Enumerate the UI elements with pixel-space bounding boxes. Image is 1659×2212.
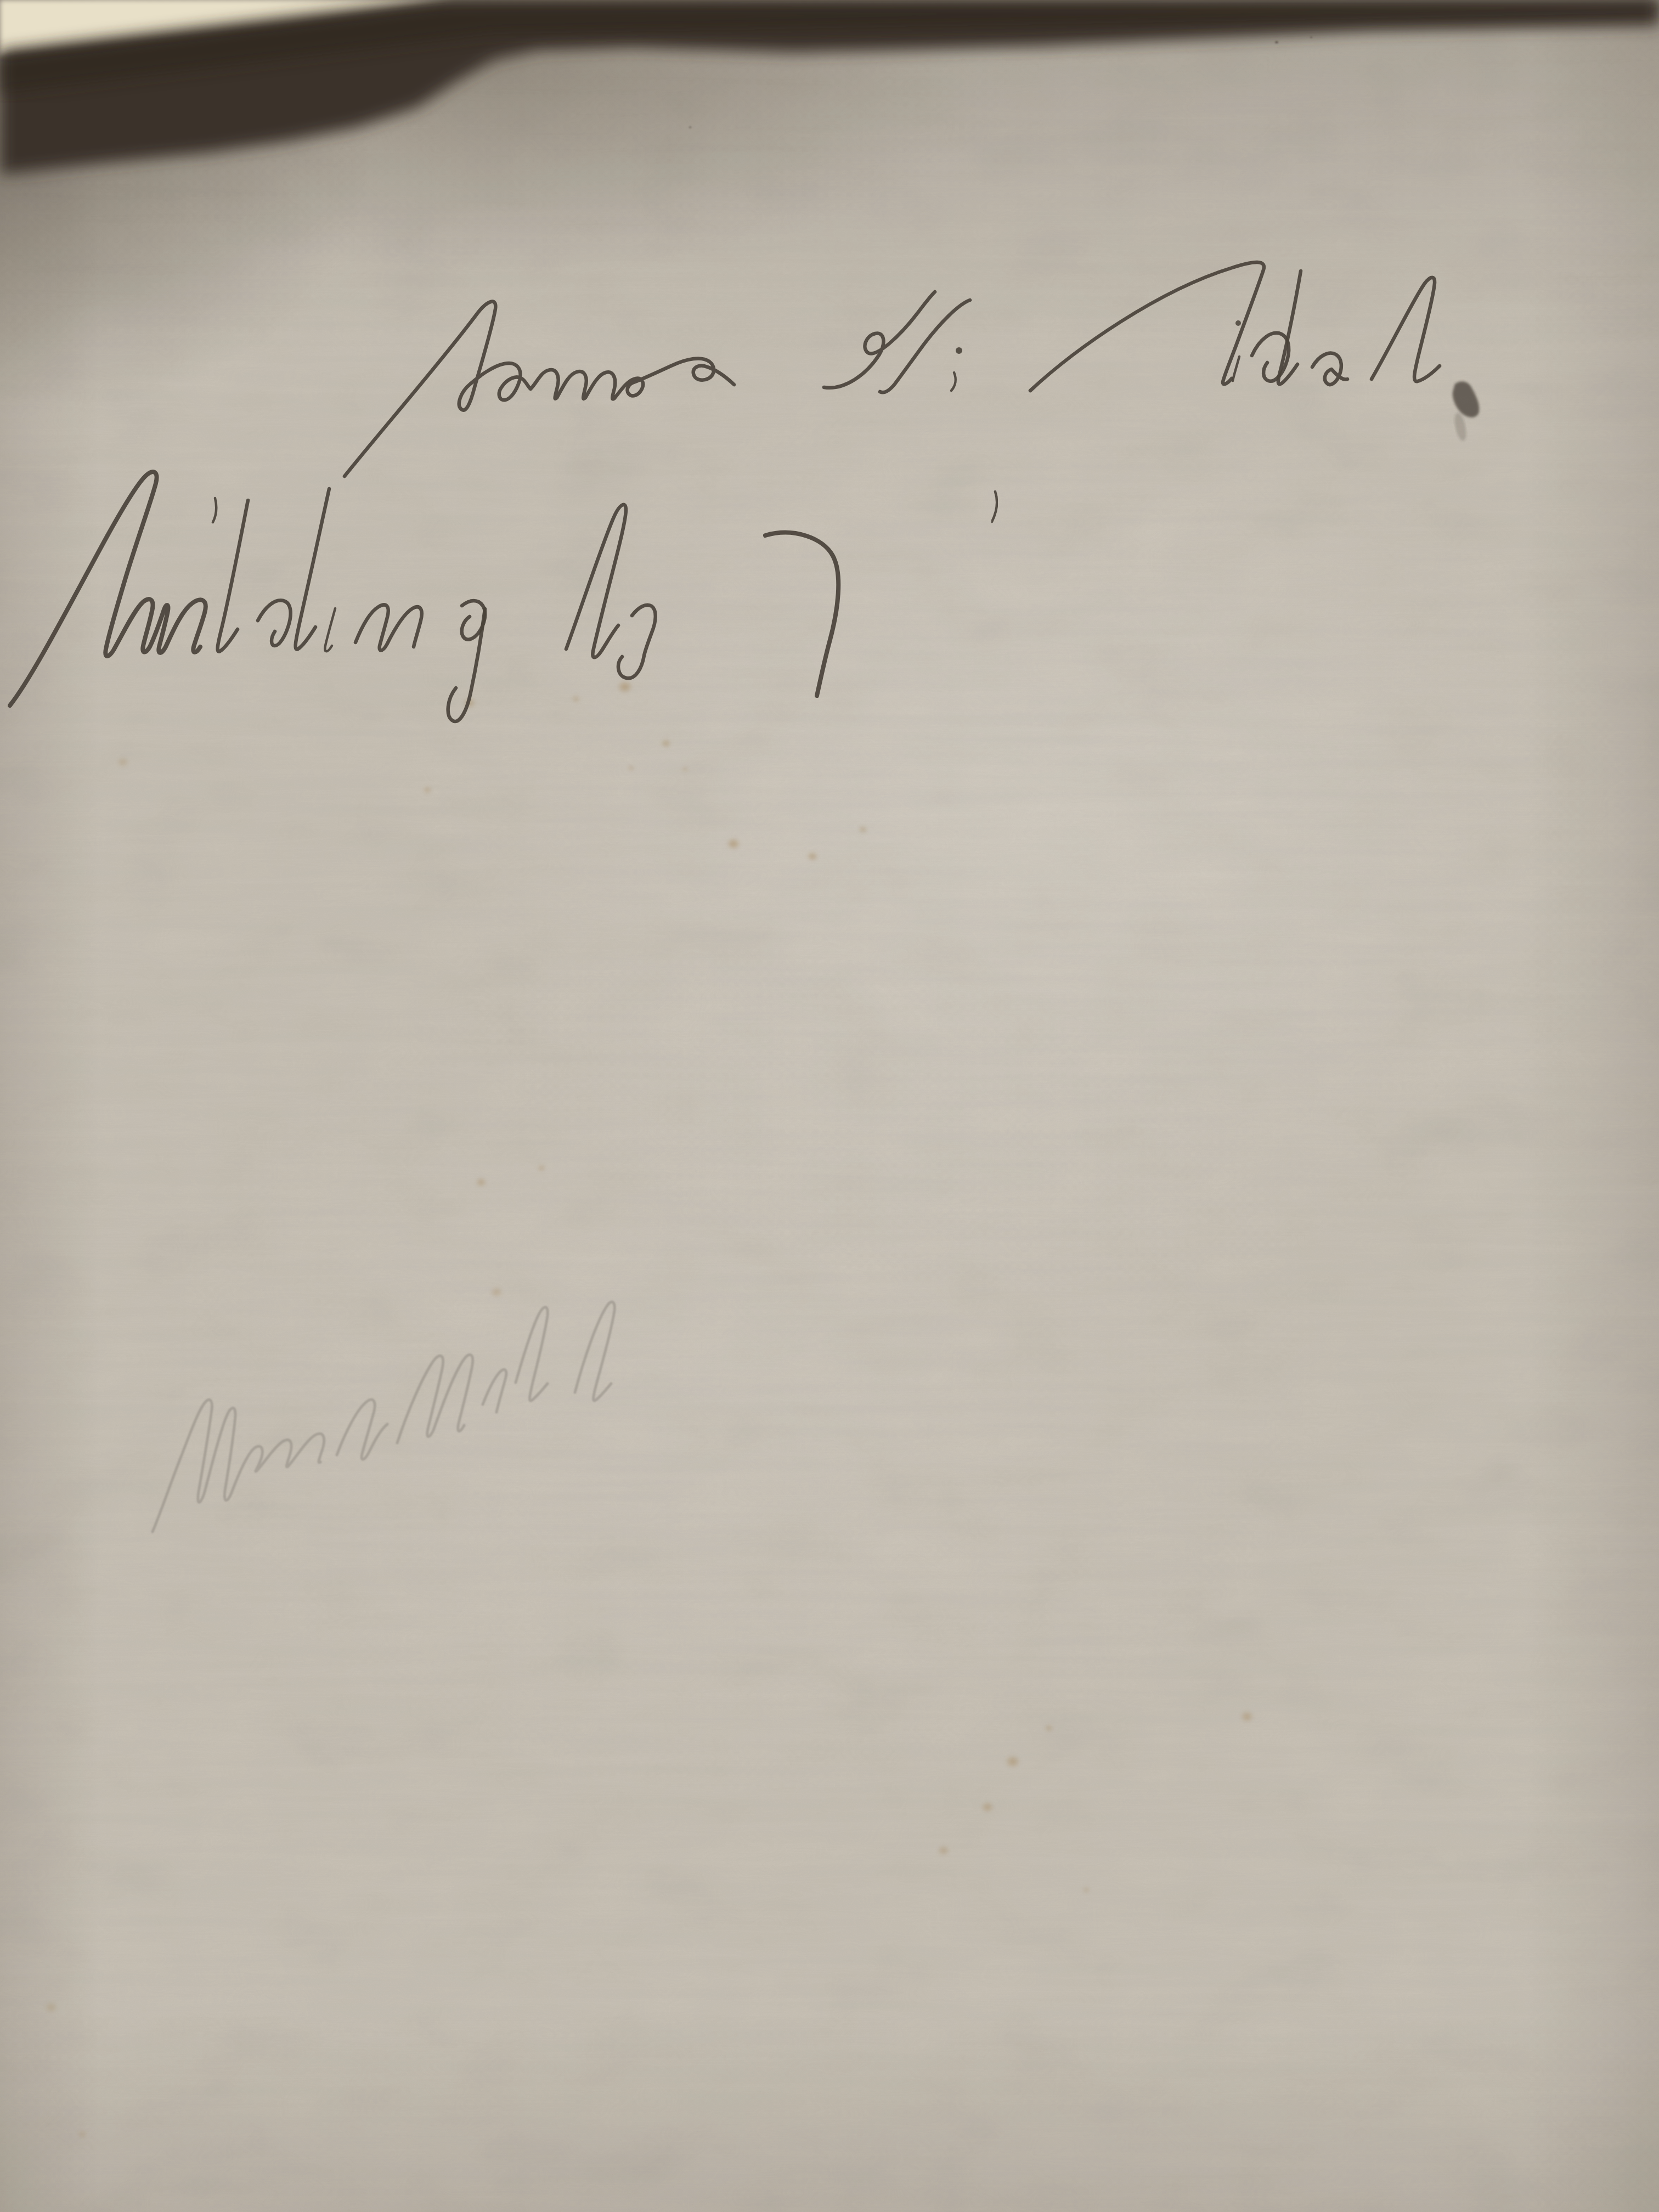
letter-a bbox=[1312, 353, 1347, 385]
foxing-spot bbox=[1002, 1753, 1023, 1770]
word-james bbox=[345, 302, 734, 476]
foxing-spots bbox=[0, 0, 1659, 2212]
foxing-spot bbox=[461, 696, 478, 710]
h-colon-comma bbox=[951, 373, 956, 391]
foxing-spot bbox=[75, 2128, 89, 2140]
foxing-spot bbox=[724, 836, 743, 852]
foxing-spot bbox=[570, 694, 582, 704]
letter-h-main bbox=[824, 292, 935, 388]
ink-smear bbox=[1453, 412, 1468, 442]
letter-v bbox=[1030, 262, 1264, 391]
foxing-spot bbox=[42, 2000, 60, 2016]
foxing-spot bbox=[805, 850, 820, 863]
foxing-spot bbox=[1238, 1709, 1256, 1725]
word-chiddingly-start bbox=[10, 472, 206, 706]
ink-blot bbox=[1453, 381, 1480, 417]
paper-texture bbox=[0, 0, 1659, 2212]
book-endpaper-photo: James H: Vidal Chiddingly Memorial faint… bbox=[0, 0, 1659, 2212]
d1-stem bbox=[218, 500, 248, 652]
foxing-spot bbox=[935, 1843, 952, 1858]
foxing-spot bbox=[979, 1800, 996, 1815]
pen-flourish-dash bbox=[765, 533, 838, 696]
cover-edge-dark-core bbox=[0, 0, 1659, 93]
letter-i bbox=[1233, 357, 1239, 381]
letter-g-bowl bbox=[462, 601, 486, 640]
letter-g-descender bbox=[448, 609, 485, 721]
foxing-spot bbox=[1081, 1886, 1092, 1895]
foxing-spot bbox=[535, 1163, 548, 1173]
background-cream-wedge bbox=[0, 0, 455, 56]
foxing-spot bbox=[681, 765, 690, 773]
foxing-spot bbox=[115, 755, 131, 769]
d2-stem bbox=[296, 489, 329, 650]
pencil-inscription bbox=[153, 1302, 614, 1532]
photo-vignette bbox=[0, 0, 1659, 2212]
letter-n bbox=[356, 605, 422, 650]
letter-d-stem bbox=[1278, 271, 1301, 384]
dark-speck bbox=[1273, 39, 1280, 45]
foxing-spot bbox=[856, 824, 870, 835]
foxing-spot bbox=[625, 764, 636, 773]
book-cover-edge-area bbox=[0, 0, 1659, 340]
letter-l-tall bbox=[566, 505, 626, 657]
letter-h-cross bbox=[880, 300, 970, 392]
pen-tick-mark bbox=[992, 492, 997, 522]
foxing-spot bbox=[421, 785, 433, 795]
foxing-spot bbox=[1042, 1723, 1056, 1734]
foxing-spot bbox=[488, 1285, 505, 1300]
i-tick-above bbox=[213, 498, 216, 522]
dark-speck bbox=[1309, 36, 1313, 39]
foxing-spot bbox=[659, 737, 673, 749]
foxing-spot bbox=[473, 1176, 489, 1189]
cover-edge-band bbox=[0, 0, 1659, 174]
foxing-spot bbox=[614, 678, 635, 696]
paper-tonal-shading bbox=[0, 0, 1659, 2212]
letter-l bbox=[1372, 278, 1440, 381]
letter-y-tail bbox=[618, 605, 656, 678]
dark-speck bbox=[687, 125, 693, 130]
i2 bbox=[325, 608, 335, 651]
i-dot bbox=[1235, 320, 1241, 326]
d2-bowl bbox=[258, 600, 291, 646]
handwritten-inscriptions bbox=[0, 0, 1659, 2212]
owner-name-inscription bbox=[345, 262, 1479, 476]
place-name-inscription bbox=[10, 472, 656, 721]
h-colon-dot bbox=[956, 347, 962, 354]
letter-d-bowl bbox=[1252, 333, 1289, 381]
